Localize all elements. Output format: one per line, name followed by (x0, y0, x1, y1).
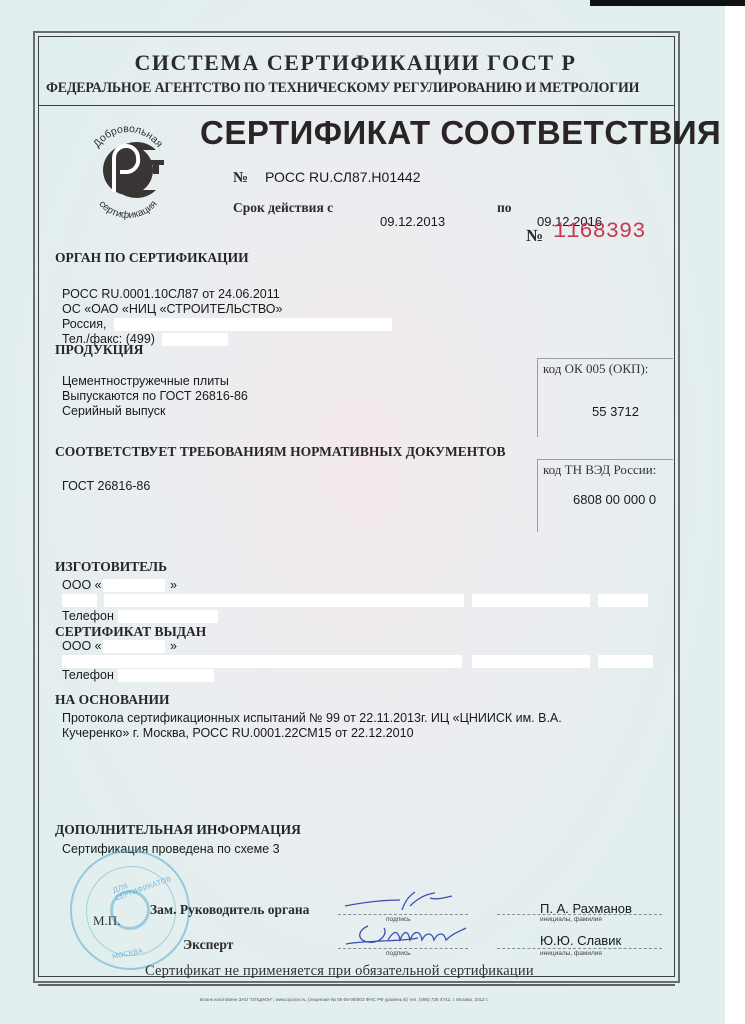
expert-signature-icon (338, 916, 498, 950)
okp-code-label: код ОК 005 (ОКП): (543, 361, 648, 377)
redacted-phone (162, 333, 228, 346)
svg-text:сертификация: сертификация (96, 199, 159, 220)
basis-line: Протокола сертификационных испытаний № 9… (62, 711, 562, 725)
expert-name-caption: инициалы, фамилия (540, 950, 602, 957)
redacted-manufacturer-phone (118, 610, 218, 623)
redacted-manufacturer-address (62, 594, 97, 607)
valid-from: 09.12.2013 (380, 214, 445, 229)
expert-name-line (497, 948, 662, 949)
normative-heading: СООТВЕТСТВУЕТ ТРЕБОВАНИЯМ НОРМАТИВНЫХ ДО… (55, 444, 506, 460)
head-role-label: Зам. Руководитель органа (150, 902, 309, 918)
head-name-caption: инициалы, фамилия (540, 916, 602, 923)
issued-to-name-suffix: » (170, 639, 177, 653)
okp-code-value: 55 3712 (592, 404, 639, 419)
redacted-issued-to-name (103, 640, 165, 653)
footer-divider (38, 984, 675, 986)
validity-to-label: по (497, 200, 512, 216)
basis-heading: НА ОСНОВАНИИ (55, 692, 169, 708)
certificate-title: СЕРТИФИКАТ СООТВЕТСТВИЯ (200, 114, 721, 152)
certification-body-line: ОС «ОАО «НИЦ «СТРОИТЕЛЬСТВО» (62, 302, 282, 316)
number-symbol: № (233, 170, 248, 187)
issued-to-heading: СЕРТИФИКАТ ВЫДАН (55, 624, 206, 640)
validity-label: Срок действия с (233, 200, 333, 216)
scan-shadow (590, 0, 745, 6)
redacted-manufacturer-name (103, 579, 165, 592)
redacted-issued-to-phone (118, 669, 214, 682)
certification-body-line: Россия, (62, 317, 106, 331)
redacted-address (114, 318, 392, 331)
redacted-issued-to-address (62, 655, 462, 668)
manufacturer-heading: ИЗГОТОВИТЕЛЬ (55, 559, 167, 575)
redacted-manufacturer-address (104, 594, 464, 607)
head-name: П. А. Рахманов (540, 901, 632, 916)
redacted-manufacturer-address (472, 594, 590, 607)
expert-name: Ю.Ю. Славик (540, 933, 621, 948)
issued-to-name-prefix: ООО « (62, 639, 102, 653)
redacted-issued-to-address (598, 655, 653, 668)
seal-label: М.П. (93, 913, 120, 929)
rst-logo-icon: Добровольная сертификация (78, 120, 178, 220)
header-divider (38, 105, 675, 106)
scan-margin (725, 0, 745, 1024)
system-title: СИСТЕМА СЕРТИФИКАЦИИ ГОСТ Р (0, 50, 711, 76)
normative-line: ГОСТ 26816-86 (62, 479, 150, 493)
certification-body-heading: ОРГАН ПО СЕРТИФИКАЦИИ (55, 250, 249, 266)
product-line: Серийный выпуск (62, 404, 165, 418)
redacted-manufacturer-address (598, 594, 648, 607)
manufacturer-phone-label: Телефон (62, 609, 114, 623)
printer-info: Бланк изготовлен ЗАО "ОПЦИОН", www.opcio… (200, 997, 488, 1002)
form-serial-number: 1168393 (553, 219, 645, 244)
basis-line: Кучеренко» г. Москва, РОСС RU.0001.22СМ1… (62, 726, 414, 740)
product-heading: ПРОДУКЦИЯ (55, 342, 143, 358)
issued-to-phone-label: Телефон (62, 668, 114, 682)
head-signature-icon (340, 888, 460, 918)
redacted-issued-to-address (472, 655, 590, 668)
additional-info-heading: ДОПОЛНИТЕЛЬНАЯ ИНФОРМАЦИЯ (55, 822, 301, 838)
footer-notice: Сертификат не применяется при обязательн… (145, 963, 534, 980)
manufacturer-name-suffix: » (170, 578, 177, 592)
tnved-code-value: 6808 00 000 0 (573, 492, 656, 507)
form-number-symbol: № (526, 226, 543, 246)
expert-role-label: Эксперт (183, 937, 233, 953)
rst-logo: Добровольная сертификация (78, 120, 178, 220)
certificate-number: РОСС RU.СЛ87.Н01442 (265, 169, 420, 185)
tnved-code-label: код ТН ВЭД России: (543, 462, 656, 478)
additional-info-line: Сертификация проведена по схеме 3 (62, 842, 280, 856)
product-line: Выпускаются по ГОСТ 26816-86 (62, 389, 248, 403)
manufacturer-name-prefix: ООО « (62, 578, 102, 592)
certification-body-line: РОСС RU.0001.10СЛ87 от 24.06.2011 (62, 287, 280, 301)
product-line: Цементностружечные плиты (62, 374, 229, 388)
expert-signature-caption: подпись (386, 950, 411, 957)
agency-name: ФЕДЕРАЛЬНОЕ АГЕНТСТВО ПО ТЕХНИЧЕСКОМУ РЕ… (46, 80, 639, 97)
